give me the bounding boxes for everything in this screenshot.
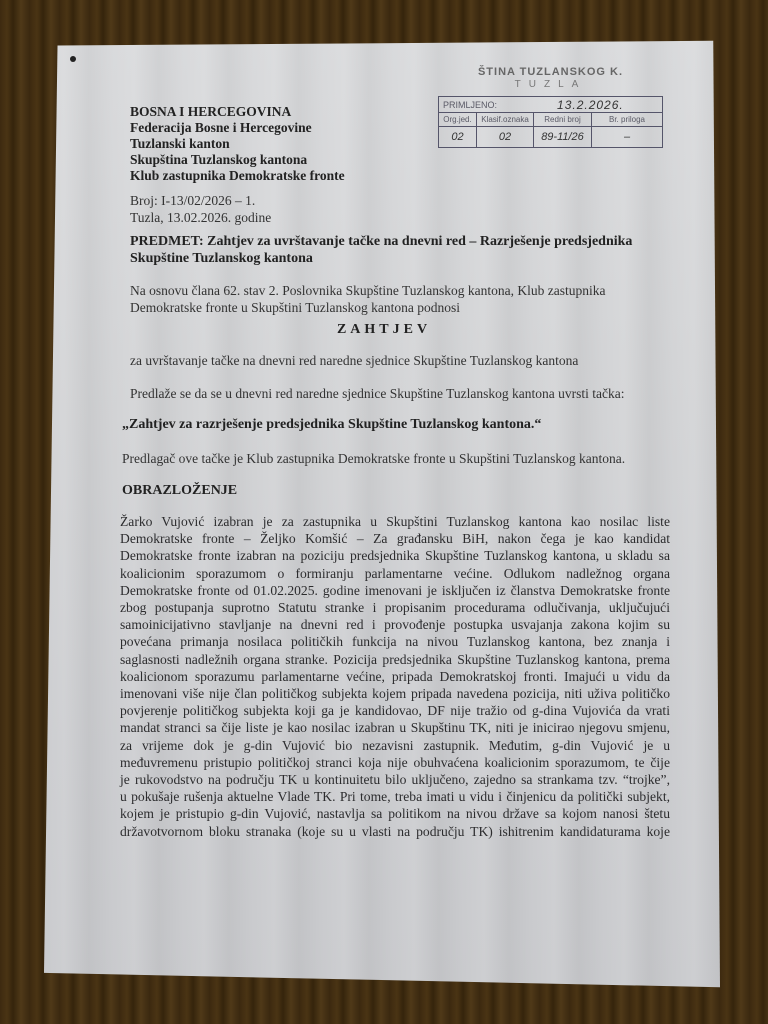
explanation-line: povjerenje političkog subjekta koji ga j… [120, 702, 670, 719]
legal-basis: Na osnovu člana 62. stav 2. Poslovnika S… [130, 282, 650, 316]
explanation-line: međuvremenu pristupio političkoj stranci… [120, 754, 670, 771]
received-stamp: ŠTINA TUZLANSKOG K. TUZLA PRIMLJENO: 13.… [438, 66, 663, 148]
stamp-grid: Org.jed. Klasif.oznaka Redni broj Br. pr… [439, 113, 662, 147]
explanation-line: Demokratske fronte – Željko Komšić – Za … [120, 530, 670, 547]
letterhead-line: Skupština Tuzlanskog kantona [130, 152, 345, 168]
stamp-received-label: PRIMLJENO: [443, 100, 497, 110]
explanation-line: imenovani više nije član političkog subj… [120, 685, 670, 702]
agenda-item: „Zahtjev za razrješenje predsjednika Sku… [122, 417, 541, 433]
document-refs: Broj: I-13/02/2026 – 1. Tuzla, 13.02.202… [130, 192, 271, 226]
explanation-line: povećana primanja nosilaca političkih fu… [120, 633, 670, 650]
letterhead-line: Tuzlanski kanton [130, 136, 345, 152]
explanation-line: za vrijeme dok je g-din Vujović bio neza… [120, 737, 670, 754]
explanation-heading: OBRAZLOŽENJE [122, 483, 237, 499]
stamp-received-row: PRIMLJENO: 13.2.2026. [439, 97, 662, 113]
proposal-text: Predlaže se da se u dnevni red naredne s… [130, 386, 625, 402]
stamp-institution: ŠTINA TUZLANSKOG K. [438, 66, 663, 78]
explanation-line: Žarko Vujović izabran je za zastupnika u… [120, 513, 670, 530]
stamp-col-value: 02 [477, 127, 534, 147]
stamp-col-value: 02 [439, 127, 477, 147]
document-title: ZAHTJEV [0, 322, 768, 338]
stamp-col-value: 89-11/26 [534, 127, 592, 147]
document-place-date: Tuzla, 13.02.2026. godine [130, 209, 271, 226]
explanation-line: u pokušaje rušenja aktuelne Vlade TK. Pr… [120, 788, 670, 805]
explanation-line: je rukovodstvo na području TK u kontinui… [120, 771, 670, 788]
explanation-body: Žarko Vujović izabran je za zastupnika u… [120, 513, 670, 840]
explanation-line: samoinicijativno stavljanje na dnevni re… [120, 616, 670, 633]
letterhead-line: Klub zastupnika Demokratske fronte [130, 168, 345, 184]
letterhead: BOSNA I HERCEGOVINA Federacija Bosne i H… [130, 104, 345, 184]
explanation-line: mandat stranci sa čije liste je kao nosi… [120, 719, 670, 736]
explanation-line: zbog postupanja suprotno Statutu stranke… [120, 599, 670, 616]
proposer-text: Predlagač ove tačke je Klub zastupnika D… [122, 451, 625, 467]
explanation-line: koalicionim sporazumom o formiranju parl… [120, 565, 670, 582]
stamp-city: TUZLA [438, 79, 663, 90]
stamp-col-value: – [592, 127, 662, 147]
explanation-line: koalicionom sporazumu parlamentarne veći… [120, 668, 670, 685]
stamp-table: PRIMLJENO: 13.2.2026. Org.jed. Klasif.oz… [438, 96, 663, 148]
stamp-col-label: Redni broj [534, 113, 592, 127]
letterhead-line: BOSNA I HERCEGOVINA [130, 104, 345, 120]
stamp-col-label: Klasif.oznaka [477, 113, 534, 127]
explanation-line: Demokratske fronte izabran na poziciju p… [120, 547, 670, 564]
title-subtitle: za uvrštavanje tačke na dnevni red nared… [130, 353, 578, 369]
document-subject: PREDMET: Zahtjev za uvrštavanje tačke na… [130, 233, 650, 267]
explanation-line: saglasnosti nadležnih organa stranke. Po… [120, 651, 670, 668]
explanation-line: kojem je pristupio g-din Vujović, nastav… [120, 805, 670, 822]
explanation-line: državotvornom bloku stranaka (koje su u … [120, 823, 670, 840]
stamp-col-label: Org.jed. [439, 113, 477, 127]
letterhead-line: Federacija Bosne i Hercegovine [130, 120, 345, 136]
document-number: Broj: I-13/02/2026 – 1. [130, 192, 271, 209]
document-content: ŠTINA TUZLANSKOG K. TUZLA PRIMLJENO: 13.… [0, 0, 768, 1024]
explanation-line: Demokratske fronte od 01.02.2025. godine… [120, 582, 670, 599]
stamp-col-label: Br. priloga [592, 113, 662, 127]
stamp-received-date: 13.2.2026. [557, 98, 624, 112]
